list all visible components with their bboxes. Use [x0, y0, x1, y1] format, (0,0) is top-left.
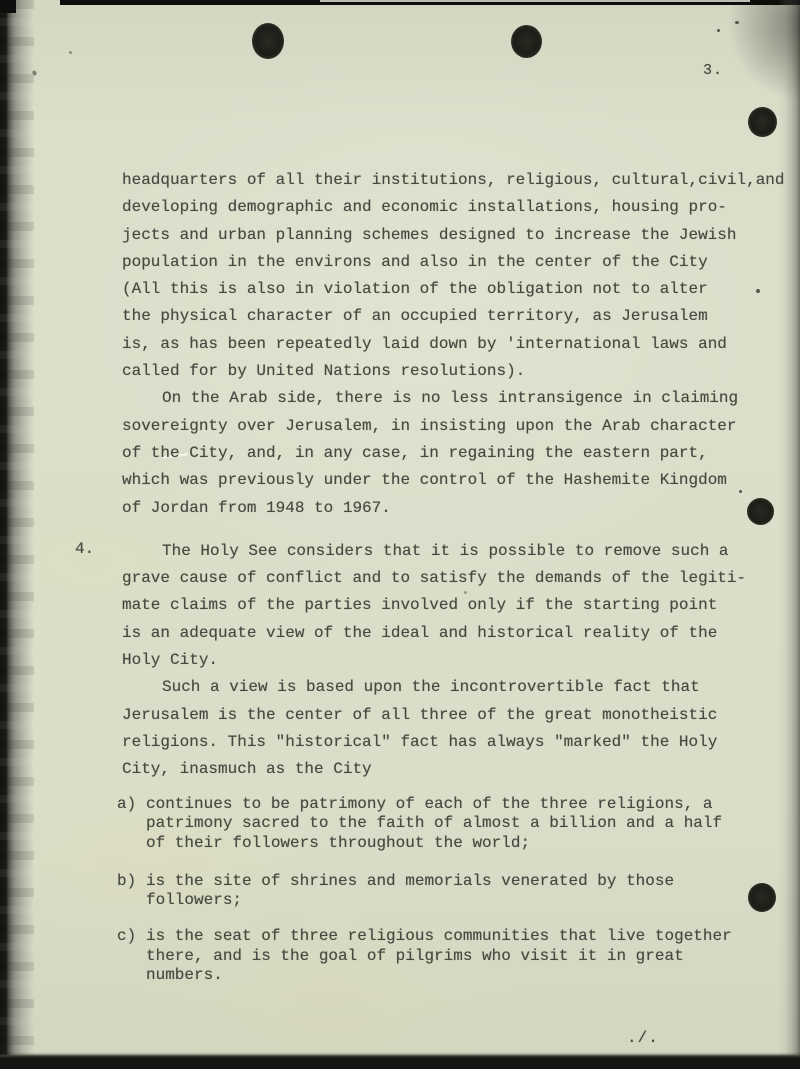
continuation-mark: ./.	[627, 1029, 659, 1047]
text-line: there, and is the goal of pilgrims who v…	[146, 947, 777, 966]
text-line: is the seat of three religious communiti…	[146, 927, 777, 946]
text-line: sovereignty over Jerusalem, in insisting…	[122, 413, 794, 440]
text-line: City, inasmuch as the City	[122, 756, 794, 783]
text-line: of Jordan from 1948 to 1967.	[122, 495, 794, 522]
paragraph-2: On the Arab side, there is no less intra…	[122, 385, 794, 521]
scan-bottom-edge	[0, 1052, 800, 1069]
text-line: Holy City.	[122, 647, 794, 674]
text-line: of their followers throughout the world;	[146, 834, 777, 853]
scan-left-binding-edge	[0, 0, 34, 1069]
text-line: followers;	[146, 891, 777, 910]
text-line: grave cause of conflict and to satisfy t…	[122, 565, 794, 592]
scan-top-left-corner	[0, 0, 16, 13]
text-line: developing demographic and economic inst…	[122, 194, 794, 221]
text-line: Jerusalem is the center of all three of …	[122, 702, 794, 729]
list-item-text: is the site of shrines and memorials ven…	[146, 872, 777, 911]
list-item-text: continues to be patrimony of each of the…	[146, 795, 777, 853]
text-line: is an adequate view of the ideal and his…	[122, 620, 794, 647]
text-line: On the Arab side, there is no less intra…	[122, 385, 794, 412]
text-line: numbers.	[146, 966, 777, 985]
list-item-label: b)	[117, 872, 146, 911]
list-item-a: a) continues to be patrimony of each of …	[117, 795, 777, 853]
list-item-label: a)	[117, 795, 146, 853]
text-line: The Holy See considers that it is possib…	[122, 538, 794, 565]
text-line: jects and urban planning schemes designe…	[122, 222, 794, 249]
document-body: headquarters of all their institutions, …	[122, 167, 794, 784]
punch-hole-dot	[748, 107, 777, 137]
text-line: is the site of shrines and memorials ven…	[146, 872, 777, 891]
text-line: the physical character of an occupied te…	[122, 303, 794, 330]
paragraph-3: The Holy See considers that it is possib…	[122, 538, 794, 674]
punch-hole-dot	[252, 23, 284, 59]
text-line: mate claims of the parties involved only…	[122, 592, 794, 619]
text-line: religions. This "historical" fact has al…	[122, 729, 794, 756]
lettered-list: a) continues to be patrimony of each of …	[117, 795, 777, 985]
text-line: is, as has been repeatedly laid down by …	[122, 331, 794, 358]
scan-speck	[69, 51, 72, 54]
scan-speck	[735, 21, 739, 24]
scan-top-light-sliver	[320, 0, 750, 2]
text-line: (All this is also in violation of the ob…	[122, 276, 794, 303]
section-number: 4.	[75, 540, 94, 558]
text-line: continues to be patrimony of each of the…	[146, 795, 777, 814]
text-line: Such a view is based upon the incontrove…	[122, 674, 794, 701]
punch-hole-dot	[511, 25, 542, 58]
scanned-document-page: 3. 4. headquarters of all their institut…	[0, 0, 800, 1069]
text-line: of the City, and, in any case, in regain…	[122, 440, 794, 467]
scan-speck	[717, 29, 720, 32]
text-line: headquarters of all their institutions, …	[122, 167, 794, 194]
list-item-c: c) is the seat of three religious commun…	[117, 927, 777, 985]
paragraph-4: Such a view is based upon the incontrove…	[122, 674, 794, 783]
text-line: population in the environs and also in t…	[122, 249, 794, 276]
text-line: which was previously under the control o…	[122, 467, 794, 494]
page-number: 3.	[703, 62, 723, 79]
text-line: called for by United Nations resolutions…	[122, 358, 794, 385]
list-item-label: c)	[117, 927, 146, 985]
paragraph-1: headquarters of all their institutions, …	[122, 167, 794, 385]
list-item-b: b) is the site of shrines and memorials …	[117, 872, 777, 911]
text-line: patrimony sacred to the faith of almost …	[146, 814, 777, 833]
list-item-text: is the seat of three religious communiti…	[146, 927, 777, 985]
